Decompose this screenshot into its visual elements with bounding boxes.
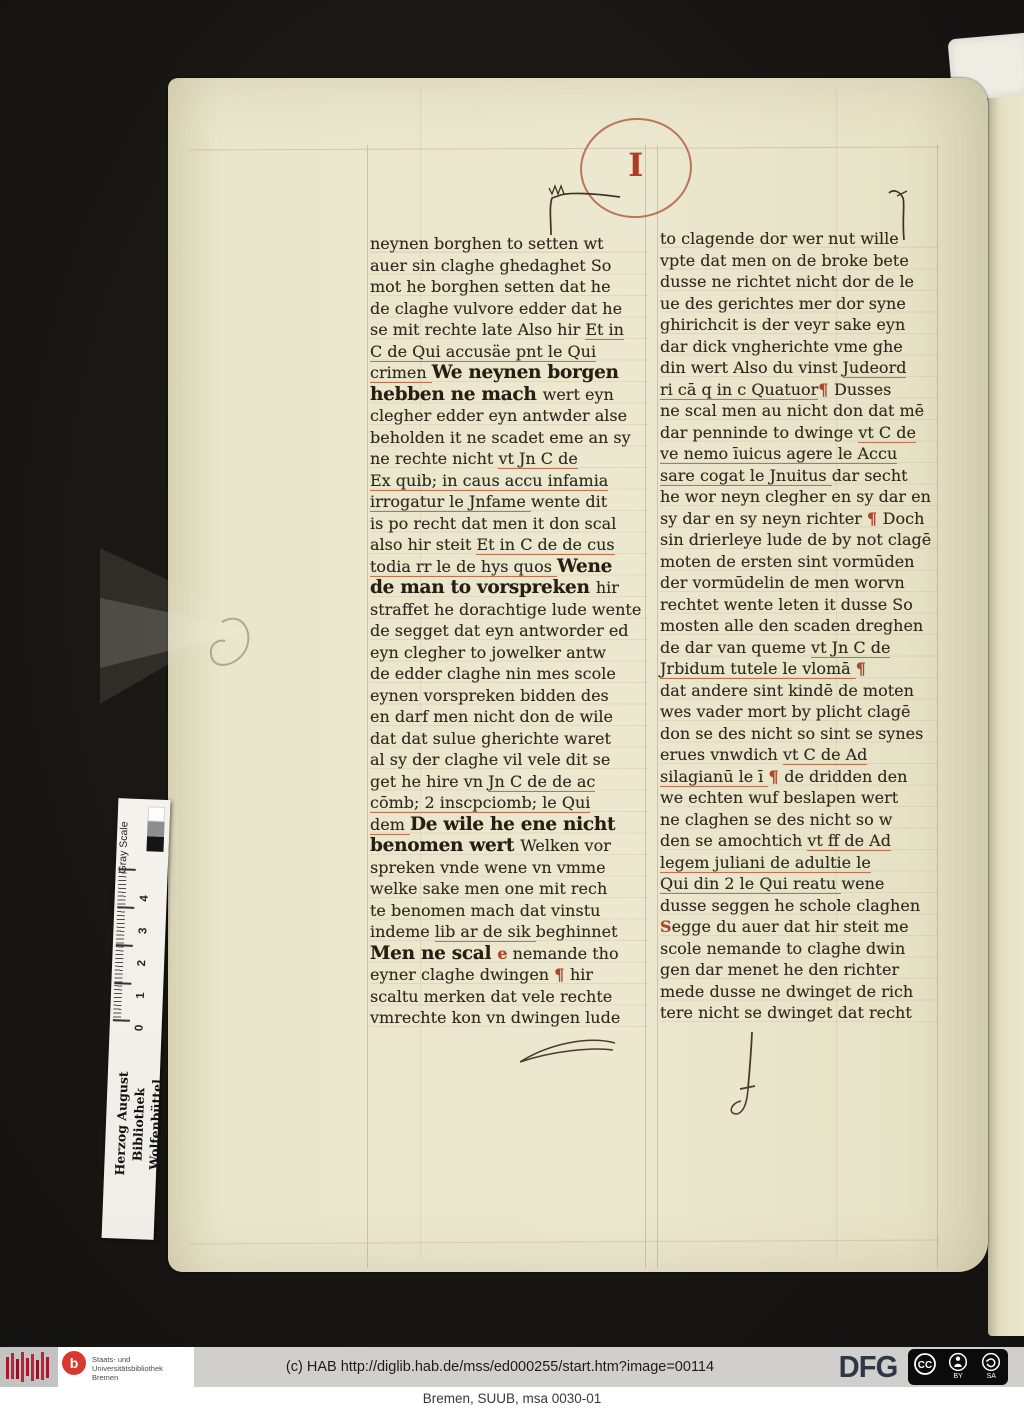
manuscript-line: de man to vorspreken hir [370, 577, 648, 599]
manuscript-line: eyn clegher to jowelker antw [370, 642, 648, 664]
manuscript-line: te benomen mach dat vinstu [370, 900, 648, 922]
manuscript-line: also hir steit Et in C de de cus [370, 534, 648, 556]
manuscript-line: en darf men nicht don de wile [370, 706, 648, 728]
gray-scale-label: Gray Scale [117, 803, 132, 873]
manuscript-line: ghirichcit is der veyr sake eyn [660, 314, 938, 336]
manuscript-line: ve nemo īuicus agere le Accu [660, 443, 938, 465]
manuscript-line: Qui din 2 le Qui reatu wene [660, 873, 938, 895]
manuscript-line: sy dar en sy neyn richter ¶ Doch [660, 508, 938, 530]
manuscript-line: ne scal men au nicht don dat mē [660, 400, 938, 422]
bremen-library-name: Staats- und Universitätsbibliothek Breme… [92, 1355, 163, 1382]
bremen-line1: Staats- und [92, 1355, 163, 1364]
manuscript-line: dat andere sint kindē de moten [660, 680, 938, 702]
manuscript-line: ne claghen se des nicht so w [660, 809, 938, 831]
manuscript-line: neynen borghen to setten wt [370, 233, 648, 255]
manuscript-line: Ex quib; in caus accu infamia [370, 470, 648, 492]
manuscript-line: indeme lib ar de sik beghinnet [370, 921, 648, 943]
manuscript-line: ri cā q in c Quatuor¶ Dusses [660, 379, 938, 401]
manuscript-line: he wor neyn clegher en sy dar en [660, 486, 938, 508]
manuscript-line: crimen We neynen borgen [370, 362, 648, 384]
manuscript-line: eyner claghe dwingen ¶ hir [370, 964, 648, 986]
manuscript-line: hebben ne mach wert eyn [370, 384, 648, 406]
manuscript-line: todia rr le de hys quos Wene [370, 556, 648, 578]
dfg-logo: DFG [829, 1347, 908, 1387]
manuscript-line: is po recht dat men it don scal [370, 513, 648, 535]
manuscript-line: beholden it ne scadet eme an sy [370, 427, 648, 449]
svg-text:CC: CC [917, 1360, 931, 1371]
manuscript-line: din wert Also du vinst Judeord [660, 357, 938, 379]
manuscript-line: de edder claghe nin mes scole [370, 663, 648, 685]
manuscript-line: dusse ne richtet nicht dor de le [660, 271, 938, 293]
ruler-numbers: 01234 [134, 863, 152, 1031]
manuscript-line: de segget dat eyn antworder ed [370, 620, 648, 642]
cc-sa-icon: SA [977, 1352, 1005, 1381]
grayscale-reference-card: Gray Scale 01234 Herzog August Bibliothe… [102, 798, 171, 1240]
bremen-bars-logo [0, 1347, 58, 1387]
manuscript-line: scole nemande to claghe dwin [660, 938, 938, 960]
manuscript-line: legem juliani de adultie le [660, 852, 938, 874]
gray-patch-black [146, 836, 164, 852]
manuscript-line: welke sake men one mit rech [370, 878, 648, 900]
manuscript-line: straffet he dorachtige lude wente [370, 599, 648, 621]
manuscript-line: we echten wuf beslapen wert [660, 787, 938, 809]
gray-patch-white [148, 806, 166, 822]
manuscript-line: ne rechte nicht vt Jn C de [370, 448, 648, 470]
manuscript-line: irrogatur le Jnfame wente dit [370, 491, 648, 513]
manuscript-line: auer sin claghe ghedaghet So [370, 255, 648, 277]
manuscript-line: scaltu merken dat vele rechte [370, 986, 648, 1008]
creative-commons-badge: CC BY SA [908, 1349, 1008, 1385]
manuscript-line: erues vnwdich vt C de Ad [660, 744, 938, 766]
manuscript-page: I neynen borghen to setten wtauer sin cl… [168, 78, 988, 1272]
manuscript-line: Jrbidum tutele le vlomā ¶ [660, 658, 938, 680]
folio-number-circle: I [575, 112, 697, 223]
manuscript-line: C de Qui accusäe pnt le Qui [370, 341, 648, 363]
manuscript-line: spreken vnde wene vn vmme [370, 857, 648, 879]
facing-page-edge [988, 54, 1024, 1336]
bremen-library-logo: b Staats- und Universitätsbibliothek Bre… [58, 1347, 194, 1387]
gray-patch-mid [147, 821, 165, 837]
shelfmark: Bremen, SUUB, msa 0030-01 [0, 1387, 1024, 1409]
manuscript-line: dem De wile he ene nicht [370, 814, 648, 836]
cc-sa-label: SA [987, 1373, 996, 1381]
manuscript-line: vpte dat men on de broke bete [660, 250, 938, 272]
manuscript-line: dar penninde to dwinge vt C de [660, 422, 938, 444]
manuscript-line: mot he borghen setten dat he [370, 276, 648, 298]
manuscript-line: vmrechte kon vn dwingen lude [370, 1007, 648, 1029]
ruling-line-vertical [367, 145, 368, 1268]
manuscript-line: rechtet wente leten it dusse So [660, 594, 938, 616]
digitized-manuscript-scan: I neynen borghen to setten wtauer sin cl… [0, 0, 1024, 1409]
manuscript-line: Men ne scal e nemande tho [370, 943, 648, 965]
manuscript-line: tere nicht se dwinget dat recht [660, 1002, 938, 1024]
manuscript-line: don se des nicht so sint se synes [660, 723, 938, 745]
library-name-line1: Herzog August Bibliothek [112, 1071, 147, 1176]
ruling-line-vertical [657, 145, 658, 1268]
bremen-logo-circle: b [62, 1351, 86, 1375]
gray-scale-patches [146, 806, 165, 852]
manuscript-left-column: neynen borghen to setten wtauer sin clag… [370, 233, 648, 1029]
folio-number-mark: I [582, 146, 690, 184]
copyright-url: (c) HAB http://diglib.hab.de/mss/ed00025… [200, 1347, 800, 1387]
manuscript-line: dat dat sulue gherichte waret [370, 728, 648, 750]
manuscript-line: dar dick vngherichte vme ghe [660, 336, 938, 358]
bremen-line3: Bremen [92, 1373, 163, 1382]
manuscript-line: silagianū le ī ¶ de dridden den [660, 766, 938, 788]
manuscript-line: sin drierleye lude de by not clagē [660, 529, 938, 551]
manuscript-line: benomen wert Welken vor [370, 835, 648, 857]
ruler-tick-major [113, 1019, 130, 1022]
manuscript-line: de claghe vulvore edder dat he [370, 298, 648, 320]
bremen-line2: Universitätsbibliothek [92, 1364, 163, 1373]
manuscript-line: moten de ersten sint vormūden [660, 551, 938, 573]
manuscript-line: sare cogat le Jnuitus dar secht [660, 465, 938, 487]
manuscript-line: ue des gerichtes mer dor syne [660, 293, 938, 315]
manuscript-line: de dar van queme vt Jn C de [660, 637, 938, 659]
manuscript-line: mosten alle den scaden dreghen [660, 615, 938, 637]
cc-icon: CC [911, 1352, 939, 1376]
manuscript-line: den se amochtich vt ff de Ad [660, 830, 938, 852]
manuscript-line: wes vader mort by plicht clagē [660, 701, 938, 723]
manuscript-line: gen dar menet he den richter [660, 959, 938, 981]
manuscript-line: se mit rechte late Also hir Et in [370, 319, 648, 341]
manuscript-line: der vormūdelin de men worvn [660, 572, 938, 594]
manuscript-line: dusse seggen he schole claghen [660, 895, 938, 917]
manuscript-line: al sy der claghe vil vele dit se [370, 749, 648, 771]
manuscript-line: cōmb; 2 inscpciomb; le Qui [370, 792, 648, 814]
library-name: Herzog August Bibliothek Wolfenbüttel [110, 1034, 157, 1213]
manuscript-line: mede dusse ne dwinget de rich [660, 981, 938, 1003]
manuscript-line: eynen vorspreken bidden des [370, 685, 648, 707]
manuscript-line: get he hire vn Jn C de de ac [370, 771, 648, 793]
manuscript-line: Segge du auer dat hir steit me [660, 916, 938, 938]
manuscript-right-column: to clagende dor wer nut willevpte dat me… [660, 228, 938, 1024]
manuscript-line: clegher edder eyn antwder alse [370, 405, 648, 427]
library-name-line2: Wolfenbüttel [146, 1079, 164, 1170]
cc-by-icon: BY [944, 1352, 972, 1381]
manuscript-line: to clagende dor wer nut wille [660, 228, 938, 250]
cc-by-label: BY [953, 1373, 962, 1381]
